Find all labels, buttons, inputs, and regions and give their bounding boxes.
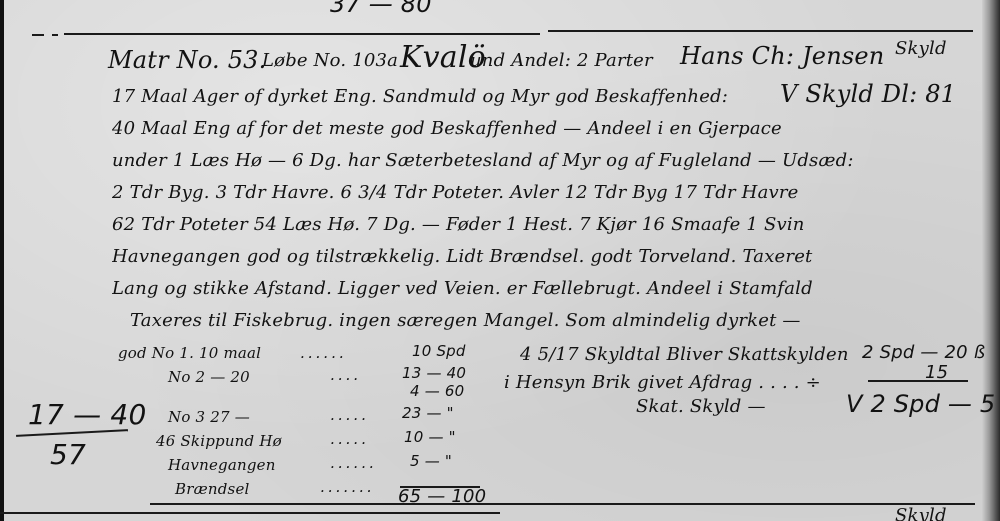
valuation-row-value: 13 — 40 xyxy=(402,364,466,382)
scan-right-border xyxy=(982,0,1000,521)
entry-line-2: 40 Maal Eng af for det meste god Beskaff… xyxy=(112,118,972,139)
valuation-row-label: god No 1. 10 maal xyxy=(118,344,261,362)
skyld-line-2-label: i Hensyn Brik givet Afdrag . . . . ÷ xyxy=(504,372,821,393)
matr-no: Matr No. 53. xyxy=(108,46,266,74)
valuation-row-label: 46 Skippund Hø xyxy=(156,432,282,450)
share: und Andel: 2 Parter xyxy=(470,50,653,71)
lobe-no: Løbe No. 103a xyxy=(262,50,398,71)
carried-total-value: 37 — 80 xyxy=(330,0,432,18)
valuation-row-value: 23 — " xyxy=(402,404,454,422)
top-rule-right xyxy=(548,30,973,32)
valuation-row-label: No 3 27 — xyxy=(168,408,250,426)
entry-line-4: 2 Tdr Byg. 3 Tdr Havre. 6 3/4 Tdr Potete… xyxy=(112,182,972,203)
entry-line-8: Taxeres til Fiskebrug. ingen særegen Man… xyxy=(130,310,910,331)
scan-left-border xyxy=(0,0,4,521)
entry-line-1: 17 Maal Ager of dyrket Eng. Sandmuld og … xyxy=(112,86,762,107)
entry-line-5: 62 Tdr Poteter 54 Læs Hø. 7 Dg. — Føder … xyxy=(112,214,972,235)
skyld-line-1-value: 2 Spd — 20 ß xyxy=(862,342,985,363)
skyld-line-1-label: 4 5/17 Skyldtal Bliver Skattskylden xyxy=(520,344,849,365)
bottom-rule-left xyxy=(0,512,500,514)
valuation-row-label: No 2 — 20 xyxy=(168,368,250,386)
leader-dots: ....... xyxy=(320,478,374,496)
valuation-row-label: Havnegangen xyxy=(168,456,276,474)
document-page: 37 — 80 Matr No. 53. Løbe No. 103a Kvalö… xyxy=(0,0,1000,521)
leader-dots: ...... xyxy=(300,344,347,362)
bottom-rule xyxy=(150,503,975,505)
sum-line xyxy=(868,380,968,382)
owner-name: Hans Ch: Jensen xyxy=(680,42,884,70)
valuation-row-value: 4 — 60 xyxy=(410,382,464,400)
top-rule xyxy=(64,33,540,35)
rule-dash xyxy=(52,34,58,36)
rule-dash xyxy=(32,34,44,36)
margin-calc-bottom: 57 xyxy=(50,438,86,471)
skyld-line-3-value: V 2 Spd — 5 ß xyxy=(846,390,1000,418)
margin-calc-top: 17 — 40 xyxy=(28,398,146,431)
entry-line-3: under 1 Læs Hø — 6 Dg. har Sæterbeteslan… xyxy=(112,150,972,171)
leader-dots: ...... xyxy=(330,454,377,472)
next-entry-partial: Skyld xyxy=(895,505,947,521)
leader-dots: ..... xyxy=(330,430,369,448)
valuation-row-value: 10 — " xyxy=(404,428,456,446)
valuation-row-value: 5 — " xyxy=(410,452,452,470)
entry-line-6: Havnegangen god og tilstrækkelig. Lidt B… xyxy=(112,246,972,267)
skyld-line-3-label: Skat. Skyld — xyxy=(636,396,766,417)
skyld-right: V Skyld Dl: 81 xyxy=(780,80,956,108)
leader-dots: ..... xyxy=(330,406,369,424)
valuation-row-label: Brændsel xyxy=(175,480,250,498)
valuation-row-value: 10 Spd xyxy=(412,342,466,360)
entry-line-7: Lang og stikke Afstand. Ligger ved Veien… xyxy=(112,278,972,299)
owner-note: Skyld xyxy=(895,38,947,59)
leader-dots: .... xyxy=(330,366,361,384)
